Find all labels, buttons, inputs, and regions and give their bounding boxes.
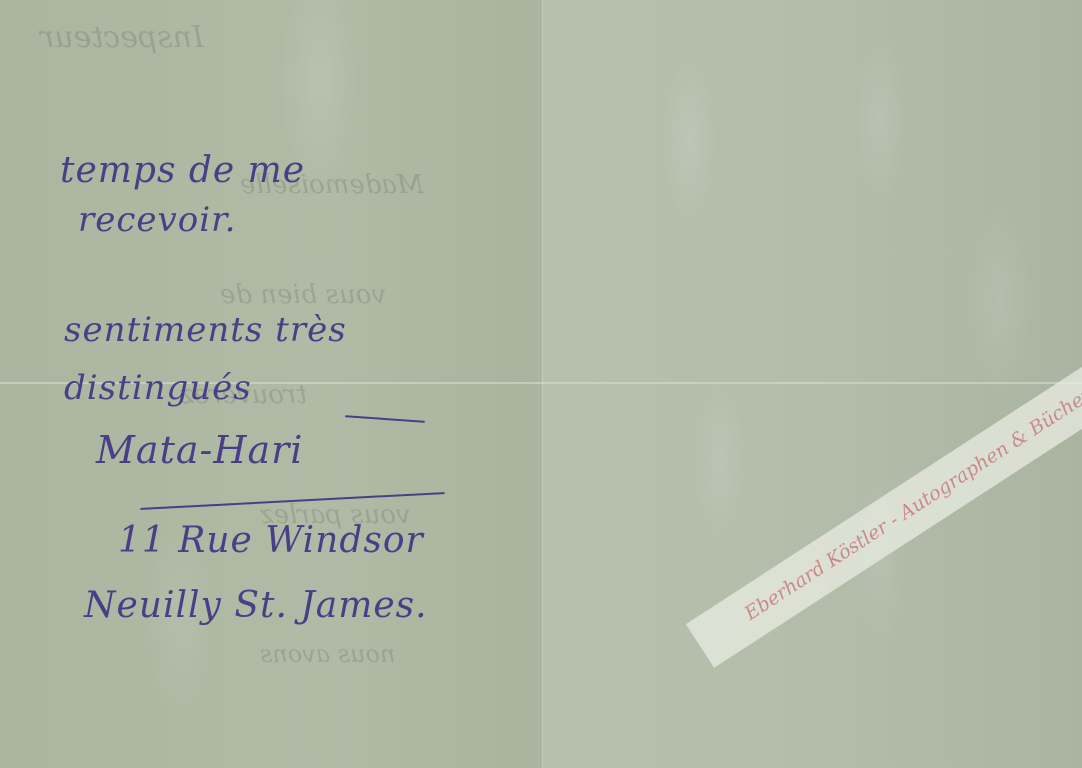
- show-through-text: nous avons: [260, 640, 395, 668]
- show-through-text: Inspecteur: [40, 20, 204, 55]
- letter-sheet: Inspecteur Mademoiselle vous bien de tro…: [0, 0, 1082, 768]
- signature: Mata-Hari: [96, 428, 303, 472]
- letter-line: distingués: [64, 368, 252, 408]
- address-line: 11 Rue Windsor: [118, 520, 424, 561]
- letter-line: sentiments très: [64, 310, 347, 350]
- address-line: Neuilly St. James.: [84, 585, 428, 626]
- letter-line: temps de me: [60, 150, 305, 191]
- vertical-fold: [540, 0, 543, 768]
- show-through-text: vous bien de: [220, 280, 386, 310]
- letter-line: recevoir.: [78, 200, 236, 240]
